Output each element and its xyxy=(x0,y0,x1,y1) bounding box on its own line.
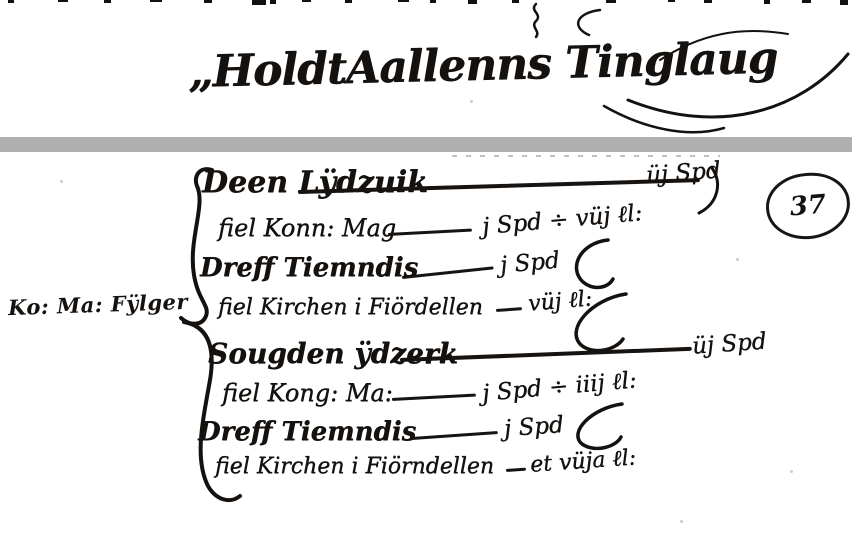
entry-label: Deen Lÿdzuik xyxy=(202,165,428,200)
scan-divider-bar xyxy=(0,137,852,152)
leader-line xyxy=(412,431,498,440)
entry-amount: et vüja ℓl: xyxy=(529,444,637,477)
paper-speckle xyxy=(120,300,123,303)
entry-label: fiel Kong: Ma: xyxy=(222,379,393,407)
paper-speckle xyxy=(470,100,473,103)
c-loop-1 xyxy=(576,240,613,287)
leader-line xyxy=(496,307,522,312)
entry-label: fiel Konn: Mag xyxy=(218,214,396,242)
c-loop-3 xyxy=(578,404,622,448)
entry-amount: j Spd ÷ iiij ℓl: xyxy=(481,367,637,406)
entry-amount: j Spd xyxy=(499,247,561,278)
entry-label: fiel Kirchen i Fiördellen xyxy=(218,295,483,320)
paper-speckle xyxy=(790,470,793,473)
entry-amount: j Spd ÷ vüj ℓl: xyxy=(481,200,643,240)
entry-label: Dreff Tiemndis xyxy=(200,253,418,283)
manuscript-scan-page: „HoldtAallenns Tinglaug 37 Ko: Ma: Fÿlge… xyxy=(0,0,852,536)
leader-line xyxy=(388,229,472,236)
leader-line xyxy=(392,394,476,401)
folio-number-badge: 37 xyxy=(763,169,852,242)
paper-speckle xyxy=(736,258,739,261)
leader-line xyxy=(506,468,526,472)
entry-amount: vüj ℓl: xyxy=(527,285,593,316)
folio-number: 37 xyxy=(789,189,828,222)
entry-amount: üj Spd xyxy=(691,328,767,359)
entry-amount: j Spd xyxy=(503,412,564,442)
scan-dust-line xyxy=(452,155,720,157)
entry-label: Dreff Tiemndis xyxy=(198,417,416,447)
page-title: „HoldtAallenns Tinglaug xyxy=(187,33,748,98)
margin-note: Ko: Ma: Fÿlger xyxy=(8,289,189,320)
paper-speckle xyxy=(60,180,63,183)
entry-label: fiel Kirchen i Fiörndellen xyxy=(215,454,494,479)
entry-amount: üj Spd xyxy=(645,157,721,188)
entry-label: Sougden ÿdzerk xyxy=(208,337,458,370)
paper-speckle xyxy=(680,520,683,523)
